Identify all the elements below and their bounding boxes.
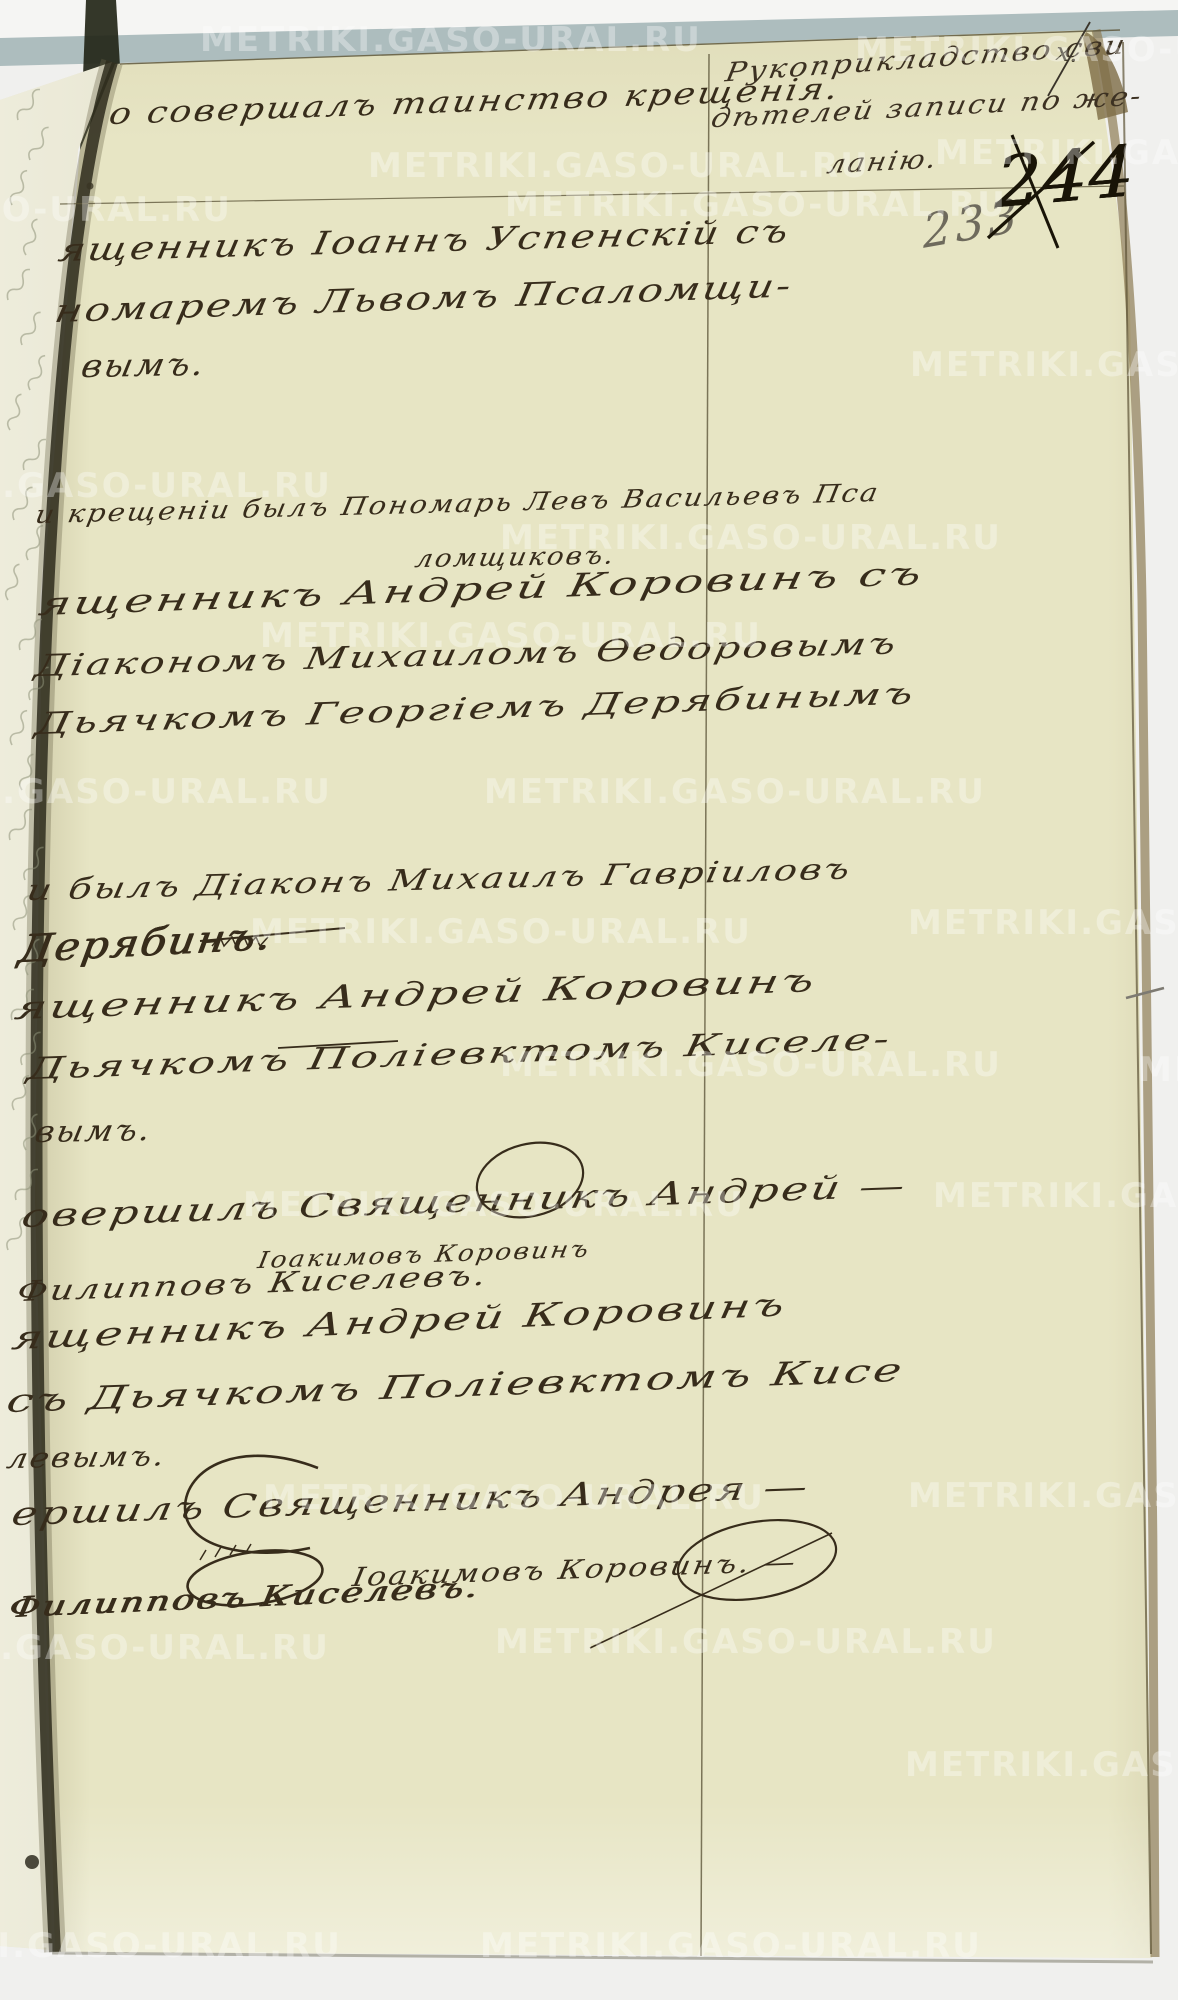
- scanned-metric-book-page: о совершалъ таинство крещенія. Рукоприкл…: [0, 0, 1178, 2000]
- pen-paraph: [672, 1509, 843, 1612]
- pen-flourish: [469, 1132, 591, 1228]
- pen-paraph-tail: [590, 1533, 832, 1648]
- overline-stroke: [200, 928, 345, 941]
- folio-strike: [1012, 135, 1058, 248]
- folio-strike: [988, 142, 1094, 238]
- overline-stroke: [278, 1041, 398, 1048]
- pen-flourish: [185, 1456, 318, 1553]
- corner-mark-strike: [1048, 22, 1090, 96]
- ink-flourish-layer: [0, 0, 1178, 2000]
- pencil-mark: [1126, 988, 1164, 998]
